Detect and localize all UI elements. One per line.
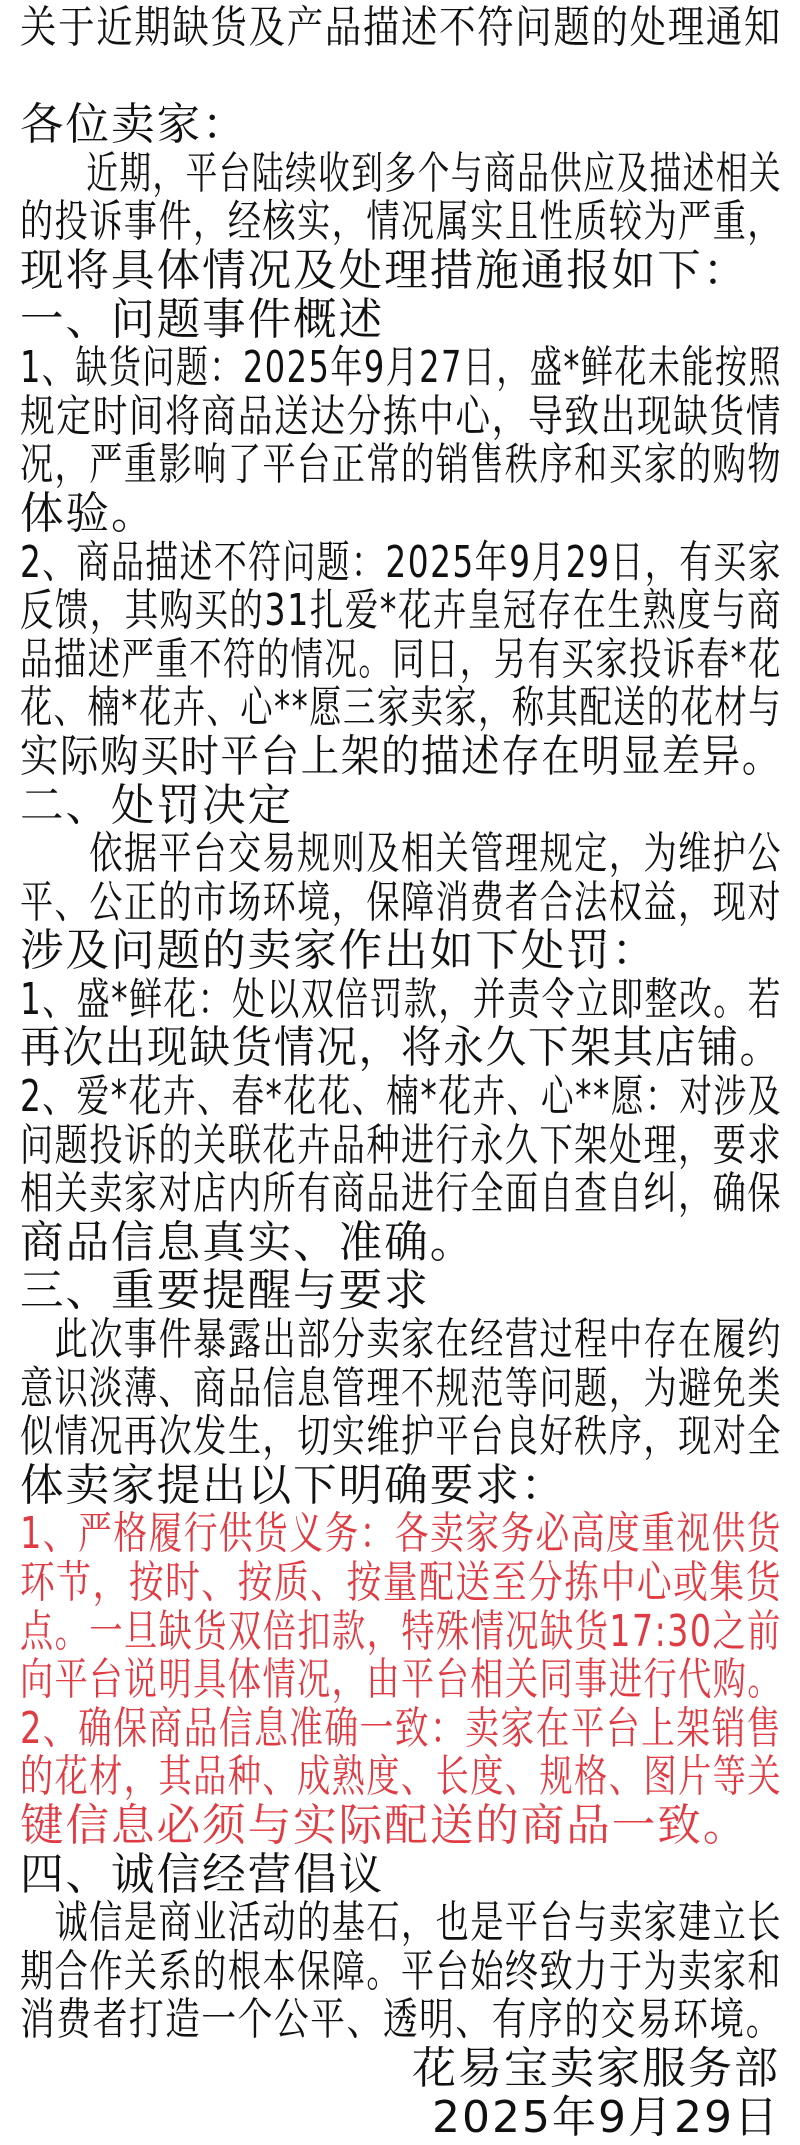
highlight-line: 向平台说明具体情况，由平台相关同事进行代购。 (20, 1656, 600, 1705)
text-line: 消费者打造一个公平、透明、有序的交易环境。 (20, 1996, 627, 2045)
section-heading: 一、问题事件概述 (20, 296, 782, 345)
text-line: 相关卖家对店内所有商品进行全面自查自纠，确保 (20, 1170, 600, 1219)
highlight-line: 1、严格履行供货义务：各卖家务必高度重视供货 (20, 1510, 609, 1559)
text-line: 现将具体情况及处理措施通报如下： (20, 247, 782, 296)
text-line: 涉及问题的卖家作出如下处罚： (20, 927, 782, 976)
greeting: 各位卖家： (20, 101, 782, 150)
notice-title: 关于近期缺货及产品描述不符问题的处理通知 (20, 4, 658, 53)
text-line: 1、缺货问题：2025年9月27日，盛*鲜花未能按照 (20, 344, 581, 393)
highlight-line: 键信息必须与实际配送的商品一致。 (20, 1802, 782, 1851)
text-line: 期合作关系的根本保障。平台始终致力于为卖家和 (20, 1948, 600, 1997)
highlight-line: 的花材，其品种、成熟度、长度、规格、图片等关 (20, 1753, 600, 1802)
section-heading: 二、处罚决定 (20, 782, 782, 831)
section-requirements: 三、重要提醒与要求 此次事件暴露出部分卖家在经营过程中存在履约 意识淡薄、商品信… (20, 1267, 790, 1850)
signature-date: 2025年9月29日 (20, 2094, 780, 2143)
highlight-line: 环节，按时、按质、按量配送至分拣中心或集货 (20, 1559, 627, 1608)
notice-document: 关于近期缺货及产品描述不符问题的处理通知 各位卖家： 近期，平台陆续收到多个与商… (20, 4, 790, 2142)
text-line: 意识淡薄、商品信息管理不规范等问题，为避免类 (20, 1365, 600, 1414)
text-line: 1、盛*鲜花：处以双倍罚款，并责令立即整改。若 (20, 976, 595, 1025)
text-line: 况，严重影响了平台正常的销售秩序和买家的购物 (20, 441, 600, 490)
text-line: 再次出现缺货情况，将永久下架其店铺。 (20, 1024, 729, 1073)
text-line: 此次事件暴露出部分卖家在经营过程中存在履约 (20, 1316, 600, 1365)
section-heading: 四、诚信经营倡议 (20, 1851, 782, 1900)
signature-department: 花易宝卖家服务部 (20, 2045, 780, 2094)
text-line: 品描述严重不符的情况。同日，另有买家投诉春*花 (20, 636, 586, 685)
text-line: 2、爱*花卉、春*花花、楠*花卉、心**愿：对涉及 (20, 1073, 593, 1122)
text-line: 依据平台交易规则及相关管理规定，为维护公 (20, 830, 600, 879)
section-integrity: 四、诚信经营倡议 诚信是商业活动的基石，也是平台与卖家建立长 期合作关系的根本保… (20, 1851, 790, 2045)
text-line: 实际购买时平台上架的描述存在明显差异。 (20, 733, 691, 782)
section-problem-overview: 一、问题事件概述 1、缺货问题：2025年9月27日，盛*鲜花未能按照 规定时间… (20, 296, 790, 782)
spacer (20, 53, 790, 102)
text-line: 近期，平台陆续收到多个与商品供应及描述相关 (20, 150, 575, 199)
text-line: 似情况再次发生，切实维护平台良好秩序，现对全 (20, 1413, 600, 1462)
text-line: 体卖家提出以下明确要求： (20, 1462, 782, 1511)
section-heading: 三、重要提醒与要求 (20, 1267, 782, 1316)
highlight-line: 2、确保商品信息准确一致：卖家在平台上架销售 (20, 1705, 609, 1754)
text-line: 花、楠*花卉、心**愿三家卖家，称其配送的花材与 (20, 684, 585, 733)
section-penalty-decision: 二、处罚决定 依据平台交易规则及相关管理规定，为维护公 平、公正的市场环境，保障… (20, 782, 790, 1268)
text-line: 平、公正的市场环境，保障消费者合法权益，现对 (20, 879, 600, 928)
text-line: 商品信息真实、准确。 (20, 1219, 782, 1268)
text-line: 反馈，其购买的31扎爱*花卉皇冠存在生熟度与商 (20, 587, 604, 636)
intro-paragraph: 近期，平台陆续收到多个与商品供应及描述相关 的投诉事件，经核实，情况属实且性质较… (20, 150, 790, 296)
highlight-line: 点。一旦缺货双倍扣款，特殊情况缺货17:30之前 (20, 1608, 600, 1657)
text-line: 规定时间将商品送达分拣中心，导致出现缺货情 (20, 393, 627, 442)
signature-block: 花易宝卖家服务部 2025年9月29日 (20, 2045, 790, 2142)
text-line: 的投诉事件，经核实，情况属实且性质较为严重， (20, 198, 600, 247)
text-line: 诚信是商业活动的基石，也是平台与卖家建立长 (20, 1899, 600, 1948)
text-line: 问题投诉的关联花卉品种进行永久下架处理，要求 (20, 1122, 600, 1171)
text-line: 体验。 (20, 490, 782, 539)
text-line: 2、商品描述不符问题：2025年9月29日，有买家 (20, 539, 594, 588)
